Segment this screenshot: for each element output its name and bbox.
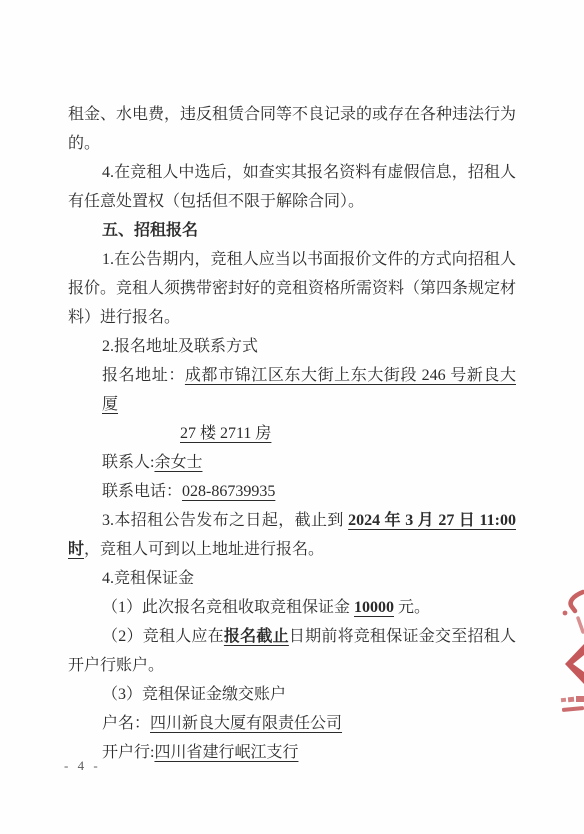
- address-label: 报名地址：: [102, 367, 185, 384]
- doc-line: 开户行账户。: [68, 651, 516, 680]
- text-segment: （3）竞租保证金缴交账户: [102, 686, 286, 703]
- deadline-emphasis: 报名截止: [224, 628, 289, 645]
- section-heading: 五、招租报名: [68, 216, 516, 245]
- text-segment: 有任意处置权（包括但不限于解除合同）。: [68, 193, 364, 210]
- doc-line: （3）竞租保证金缴交账户: [68, 680, 516, 709]
- doc-line: 3.本招租公告发布之日起，截止到 2024 年 3 月 27 日 11:00: [68, 506, 516, 535]
- doc-line: 联系电话：028-86739935: [68, 477, 516, 506]
- doc-line: 报名地址：成都市锦江区东大街上东大街段 246 号新良大厦: [68, 361, 516, 419]
- bank-label: 开户行:: [102, 744, 154, 761]
- doc-line: 联系人:余女士: [68, 448, 516, 477]
- document-body: 租金、水电费，违反租赁合同等不良记录的或存在各种违法行为 的。 4.在竞租人中选…: [68, 100, 516, 767]
- seal-text-fragment: [561, 698, 566, 703]
- doc-line: 2.报名地址及联系方式: [68, 332, 516, 361]
- text-segment: 租金、水电费，违反租赁合同等不良记录的或存在各种违法行为: [68, 106, 516, 123]
- doc-line: 租金、水电费，违反租赁合同等不良记录的或存在各种违法行为: [68, 100, 516, 129]
- doc-line: 报价。竞租人须携带密封好的竞租资格所需资料（第四条规定材: [68, 274, 516, 303]
- doc-line: 时，竞租人可到以上地址进行报名。: [68, 535, 516, 564]
- seal-text-fragment: [568, 697, 574, 703]
- doc-line: 4.在竞租人中选后，如查实其报名资料有虚假信息，招租人: [68, 158, 516, 187]
- deposit-amount: 10000: [354, 599, 394, 616]
- text-segment: 4.竞租保证金: [102, 570, 194, 587]
- text-segment: 日期前将竞租保证金交至招租人: [289, 628, 516, 645]
- seal-dot-fragment: [563, 611, 568, 616]
- phone-number: 028-86739935: [182, 483, 275, 500]
- address-value-line2: 27 楼 2711 房: [180, 425, 271, 442]
- text-segment: 元。: [394, 599, 430, 616]
- text-segment: 报价。竞租人须携带密封好的竞租资格所需资料（第四条规定材: [68, 280, 516, 297]
- doc-line: 料）进行报名。: [68, 303, 516, 332]
- deadline-date-suffix: 时: [68, 541, 84, 558]
- doc-line: 1.在公告期内，竞租人应当以书面报价文件的方式向招租人: [68, 245, 516, 274]
- seal-text-fragment: [576, 696, 584, 702]
- seal-stroke-fragment: [571, 592, 583, 611]
- doc-line: 户名：四川新良大厦有限责任公司: [68, 709, 516, 738]
- text-segment: ，竞租人可到以上地址进行报名。: [84, 541, 324, 558]
- doc-line: 开户行:四川省建行岷江支行: [68, 738, 516, 767]
- seal-stroke-fragment: [578, 618, 583, 632]
- deadline-date: 2024 年 3 月 27 日 11:00: [348, 512, 516, 529]
- contact-name: 余女士: [154, 454, 202, 471]
- text-segment: 1.在公告期内，竞租人应当以书面报价文件的方式向招租人: [102, 251, 516, 268]
- account-name-label: 户名：: [102, 715, 150, 732]
- phone-label: 联系电话：: [102, 483, 182, 500]
- text-segment: 3.本招租公告发布之日起，截止到: [102, 512, 348, 529]
- doc-line: 27 楼 2711 房: [68, 419, 516, 448]
- doc-line: （1）此次报名竞租收取竞租保证金 10000 元。: [68, 593, 516, 622]
- text-segment: 2.报名地址及联系方式: [102, 338, 258, 355]
- section-heading-label: 五、招租报名: [102, 222, 198, 239]
- text-segment: 4.在竞租人中选后，如查实其报名资料有虚假信息，招租人: [102, 164, 516, 181]
- red-seal-stamp-fragment-icon: [560, 588, 584, 724]
- doc-line: 有任意处置权（包括但不限于解除合同）。: [68, 187, 516, 216]
- text-segment: （2）竞租人应在: [102, 628, 224, 645]
- doc-line: 的。: [68, 129, 516, 158]
- text-segment: 的。: [68, 135, 100, 152]
- document-page: 租金、水电费，违反租赁合同等不良记录的或存在各种违法行为 的。 4.在竞租人中选…: [0, 0, 584, 834]
- seal-dash-fragment: [562, 706, 584, 712]
- text-segment: 开户行账户。: [68, 657, 164, 674]
- page-number: - 4 -: [64, 758, 101, 774]
- bank-name: 四川省建行岷江支行: [154, 744, 298, 761]
- doc-line: （2）竞租人应在报名截止日期前将竞租保证金交至招租人: [68, 622, 516, 651]
- account-name: 四川新良大厦有限责任公司: [150, 715, 342, 732]
- contact-label: 联系人:: [102, 454, 154, 471]
- text-segment: （1）此次报名竞租收取竞租保证金: [102, 599, 354, 616]
- seal-star-point: [565, 644, 584, 684]
- doc-line: 4.竞租保证金: [68, 564, 516, 593]
- text-segment: 料）进行报名。: [68, 309, 180, 326]
